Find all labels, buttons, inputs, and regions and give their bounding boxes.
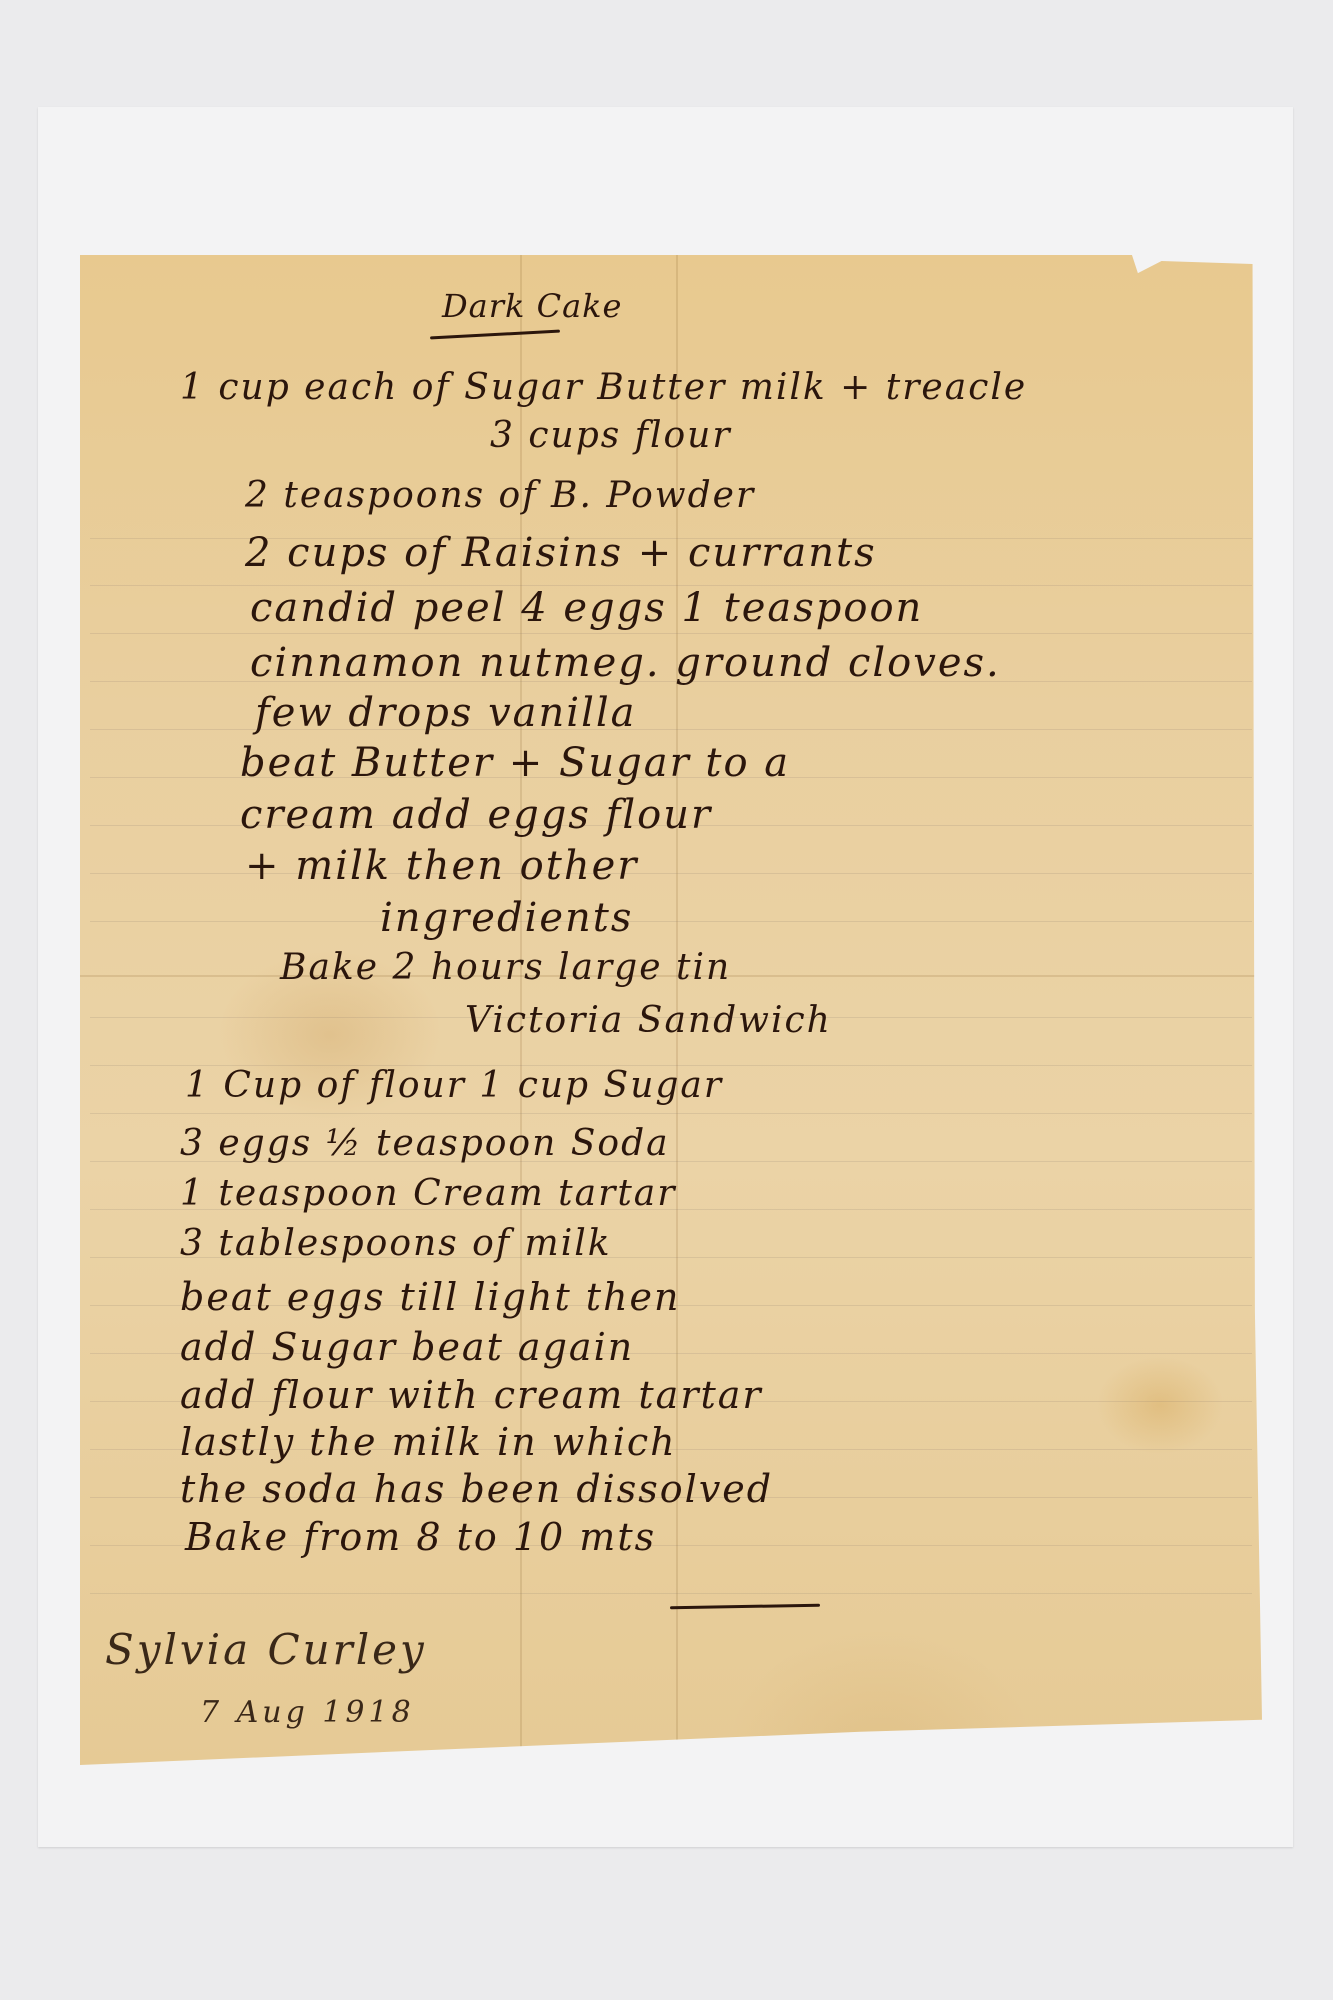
recipe-line: 2 cups of Raisins + currants [245,530,877,576]
ruled-line [90,1593,1252,1594]
recipe-line: cream add eggs flour [240,792,712,838]
recipe-line: lastly the milk in which [180,1420,677,1464]
recipe-line: 3 eggs ½ teaspoon Soda [180,1123,670,1164]
signature-date: 7 Aug 1918 [200,1695,415,1730]
recipe-line: 1 teaspoon Cream tartar [180,1173,676,1214]
recipe-line: beat Butter + Sugar to a [240,740,790,786]
recipe-line: + milk then other [245,843,638,889]
recipe-line: few drops vanilla [255,690,637,736]
recipe-line: 3 cups flour [490,415,732,456]
recipe-title-dark-cake: Dark Cake [442,287,622,325]
ruled-line [90,1113,1252,1114]
recipe-line: 2 teaspoons of B. Powder [245,475,755,516]
recipe-line: 1 Cup of flour 1 cup Sugar [185,1065,723,1106]
ruled-line [90,921,1252,922]
recipe-line: Bake from 8 to 10 mts [185,1515,656,1559]
recipe-line: candid peel 4 eggs 1 teaspoon [250,585,923,631]
recipe-line: add flour with cream tartar [180,1373,763,1417]
recipe-line: 3 tablespoons of milk [180,1223,612,1264]
recipe-line: beat eggs till light then [180,1275,681,1319]
recipe-line: Bake 2 hours large tin [280,947,731,988]
recipe-line: 1 cup each of Sugar Butter milk + treacl… [180,367,1027,408]
ruled-line [90,633,1252,634]
recipe-line: the soda has been dissolved [180,1467,773,1511]
title-underline [430,330,560,340]
recipe-line: ingredients [380,895,633,941]
recipe-line: cinnamon nutmeg. ground cloves. [250,640,1001,686]
closing-rule [670,1604,820,1610]
recipe-title-victoria-sandwich: Victoria Sandwich [465,1000,832,1041]
recipe-paper: Dark Cake 1 cup each of Sugar Butter mil… [80,255,1262,1765]
recipe-line: add Sugar beat again [180,1325,634,1369]
signature: Sylvia Curley [105,1625,427,1674]
